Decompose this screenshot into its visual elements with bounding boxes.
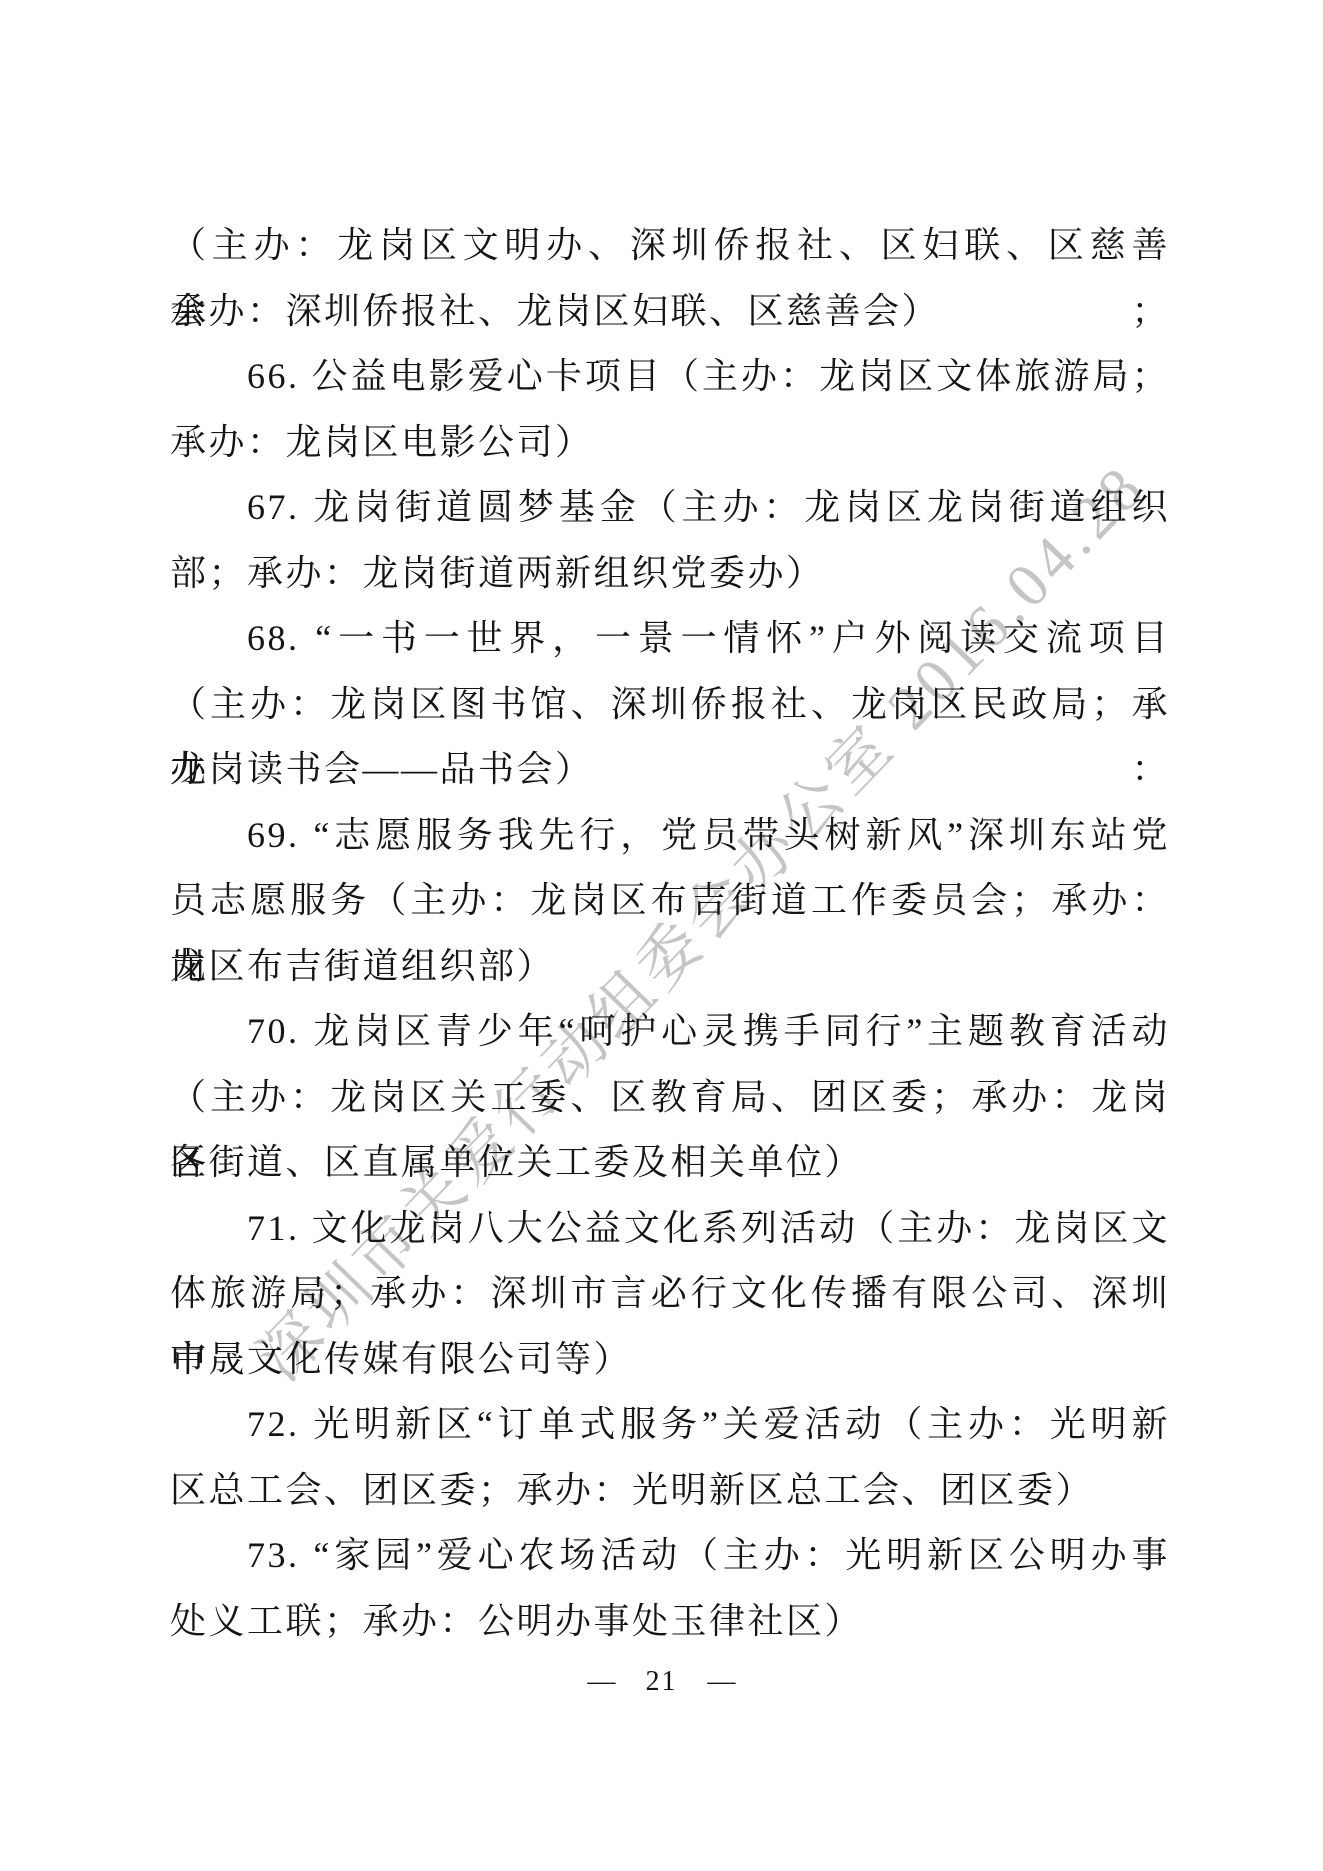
text-line: 66. 公益电影爱心卡项目（主办：龙岗区文体旅游局； [170,344,1170,410]
text-line: 68. “一书一世界，一景一情怀”户外阅读交流项目 [170,606,1170,672]
document-page: 深圳市关爱行动组委会办公室 2016.04.28 （主办：龙岗区文明办、深圳侨报… [0,0,1323,1871]
footer-dash-right: — [708,1666,736,1698]
text-line: 70. 龙岗区青少年“呵护心灵携手同行”主题教育活动 [170,999,1170,1065]
text-line: （主办：龙岗区关工委、区教育局、团区委；承办：龙岗区 [170,1065,1170,1131]
text-line: （主办：龙岗区文明办、深圳侨报社、区妇联、区慈善会； [170,213,1170,279]
text-line: 体旅游局；承办：深圳市言必行文化传播有限公司、深圳市 [170,1261,1170,1327]
text-line: 部；承办：龙岗街道两新组织党委办） [170,541,1170,607]
text-line: 各街道、区直属单位关工委及相关单位） [170,1130,1170,1196]
document-body: （主办：龙岗区文明办、深圳侨报社、区妇联、区慈善会； 承办：深圳侨报社、龙岗区妇… [170,213,1170,1654]
footer-dash-left: — [588,1666,616,1698]
text-line: 员志愿服务（主办：龙岗区布吉街道工作委员会；承办：龙 [170,868,1170,934]
text-line: 69. “志愿服务我先行，党员带头树新风”深圳东站党 [170,803,1170,869]
text-line: （主办：龙岗区图书馆、深圳侨报社、龙岗区民政局；承办： [170,672,1170,738]
text-line: 72. 光明新区“订单式服务”关爱活动（主办：光明新 [170,1392,1170,1458]
text-line: 承办：龙岗区电影公司） [170,410,1170,476]
text-line: 处义工联；承办：公明办事处玉律社区） [170,1589,1170,1655]
text-line: 区总工会、团区委；承办：光明新区总工会、团区委） [170,1458,1170,1524]
page-number: 21 [646,1666,678,1698]
page-footer: —21— [0,1666,1323,1698]
text-line: 73. “家园”爱心农场活动（主办：光明新区公明办事 [170,1523,1170,1589]
text-line: 71. 文化龙岗八大公益文化系列活动（主办：龙岗区文 [170,1196,1170,1262]
text-line: 67. 龙岗街道圆梦基金（主办：龙岗区龙岗街道组织 [170,475,1170,541]
text-line: 中晟文化传媒有限公司等） [170,1327,1170,1393]
text-line: 岗区布吉街道组织部） [170,934,1170,1000]
